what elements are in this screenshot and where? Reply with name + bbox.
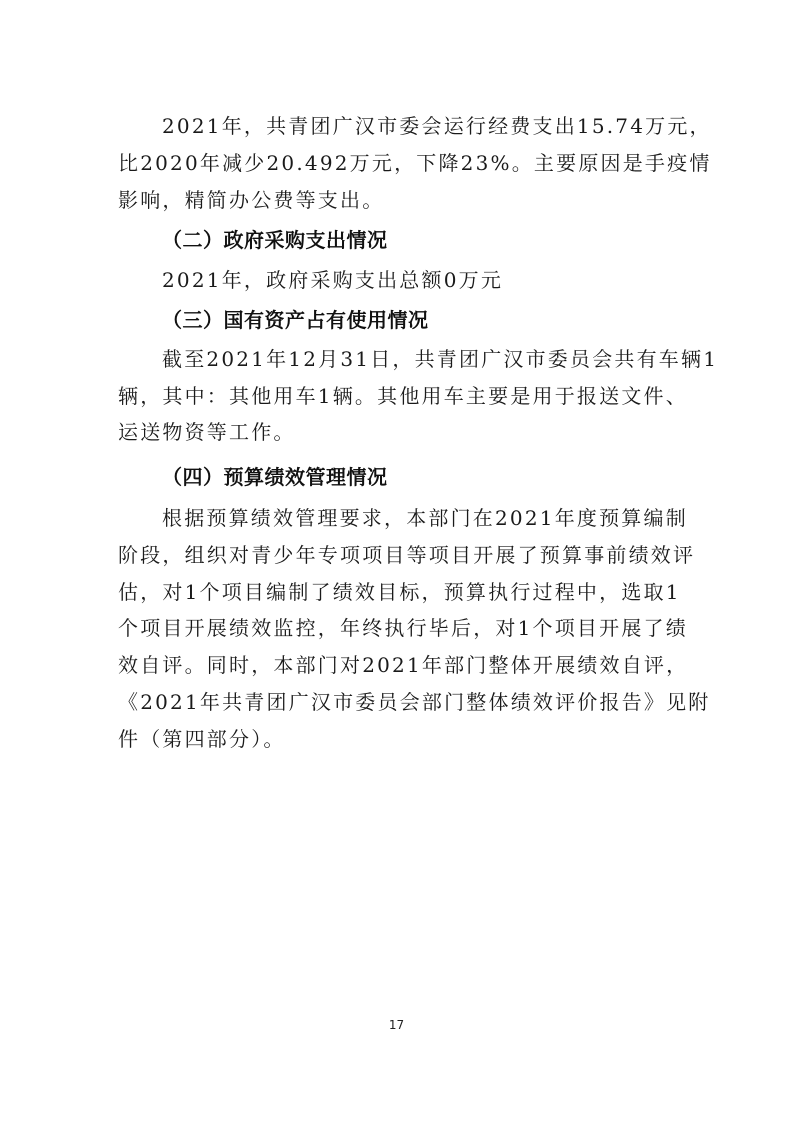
document-page: 2021年，共青团广汉市委会运行经费支出15.74万元， 比2020年减少20.… [0,0,793,1122]
paragraph-line: 比2020年减少20.492万元，下降23%。主要原因是手疫情 [118,151,674,175]
paragraph-line: 阶段，组织对青少年专项项目等项目开展了预算事前绩效评 [118,543,674,567]
section-heading-procurement: （二）政府采购支出情况 [162,228,388,252]
paragraph-line: 《2021年共青团广汉市委员会部门整体绩效评价报告》见附 [118,690,674,714]
paragraph-line: 件（第四部分）。 [118,727,674,751]
paragraph-line: 估，对1个项目编制了绩效目标，预算执行过程中，选取1 [118,580,674,604]
paragraph-line: 运送物资等工作。 [118,420,674,444]
paragraph-line: 2021年，政府采购支出总额0万元 [162,268,674,292]
paragraph-line: 辆，其中：其他用车1辆。其他用车主要是用于报送文件、 [118,384,674,408]
section-heading-state-assets: （三）国有资产占有使用情况 [162,308,429,332]
paragraph-line: 截至2021年12月31日，共青团广汉市委员会共有车辆1 [162,347,674,371]
paragraph-line: 影响，精简办公费等支出。 [118,188,674,212]
section-heading-performance: （四）预算绩效管理情况 [162,465,388,489]
paragraph-line: 2021年，共青团广汉市委会运行经费支出15.74万元， [162,114,674,138]
paragraph-line: 效自评。同时，本部门对2021年部门整体开展绩效自评， [118,653,674,677]
paragraph-line: 个项目开展绩效监控，年终执行毕后，对1个项目开展了绩 [118,616,674,640]
paragraph-line: 根据预算绩效管理要求，本部门在2021年度预算编制 [162,506,674,530]
page-number: 17 [0,1018,793,1032]
